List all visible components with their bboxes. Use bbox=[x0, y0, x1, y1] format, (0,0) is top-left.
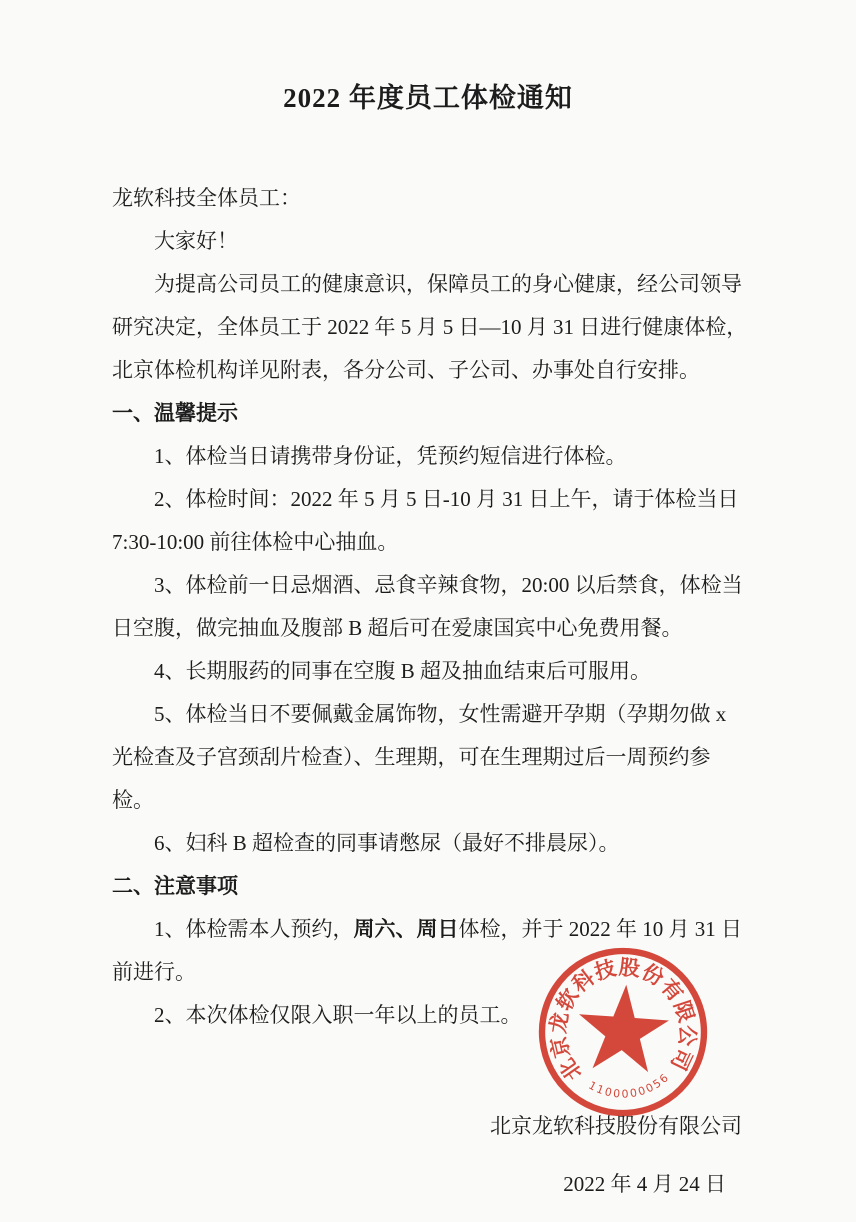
signature-date: 2022 年 4 月 24 日 bbox=[563, 1155, 726, 1213]
section-1-item-3: 3、体检前一日忌烟酒、忌食辛辣食物，20:00 以后禁食，体检当日空腹，做完抽血… bbox=[112, 564, 752, 650]
section-2-item-1-bold: 周六、周日 bbox=[354, 917, 459, 941]
section-1-item-5: 5、体检当日不要佩戴金属饰物，女性需避开孕期（孕期勿做 x 光检查及子宫颈刮片检… bbox=[112, 693, 752, 822]
document-page: 2022 年度员工体检通知 龙软科技全体员工： 大家好！ 为提高公司员工的健康意… bbox=[0, 0, 856, 1222]
section-1-item-6: 6、妇科 B 超检查的同事请憋尿（最好不排晨尿）。 bbox=[112, 822, 752, 865]
document-body: 龙软科技全体员工： 大家好！ 为提高公司员工的健康意识，保障员工的身心健康，经公… bbox=[112, 177, 752, 1213]
intro-paragraph: 为提高公司员工的健康意识，保障员工的身心健康，经公司领导研究决定，全体员工于 2… bbox=[112, 263, 752, 392]
section-1-item-1: 1、体检当日请携带身份证，凭预约短信进行体检。 bbox=[112, 435, 752, 478]
section-2-item-2: 2、本次体检仅限入职一年以上的员工。 bbox=[112, 994, 752, 1037]
signature-block: 北京龙软科技股份有限公司 2022 年 4 月 24 日 bbox=[112, 1097, 752, 1213]
section-1-item-4: 4、长期服药的同事在空腹 B 超及抽血结束后可服用。 bbox=[112, 650, 752, 693]
salutation: 龙软科技全体员工： bbox=[112, 177, 752, 220]
greeting: 大家好！ bbox=[112, 220, 752, 263]
signature-company: 北京龙软科技股份有限公司 bbox=[112, 1097, 742, 1155]
section-2-item-1-prefix: 1、体检需本人预约， bbox=[154, 917, 354, 941]
section-2-item-1: 1、体检需本人预约，周六、周日体检，并于 2022 年 10 月 31 日前进行… bbox=[112, 908, 752, 994]
page-title: 2022 年度员工体检通知 bbox=[0, 0, 856, 115]
section-1-item-2: 2、体检时间：2022 年 5 月 5 日-10 月 31 日上午，请于体检当日… bbox=[112, 478, 752, 564]
section-2-heading: 二、注意事项 bbox=[112, 865, 752, 908]
section-1-heading: 一、温馨提示 bbox=[112, 392, 752, 435]
